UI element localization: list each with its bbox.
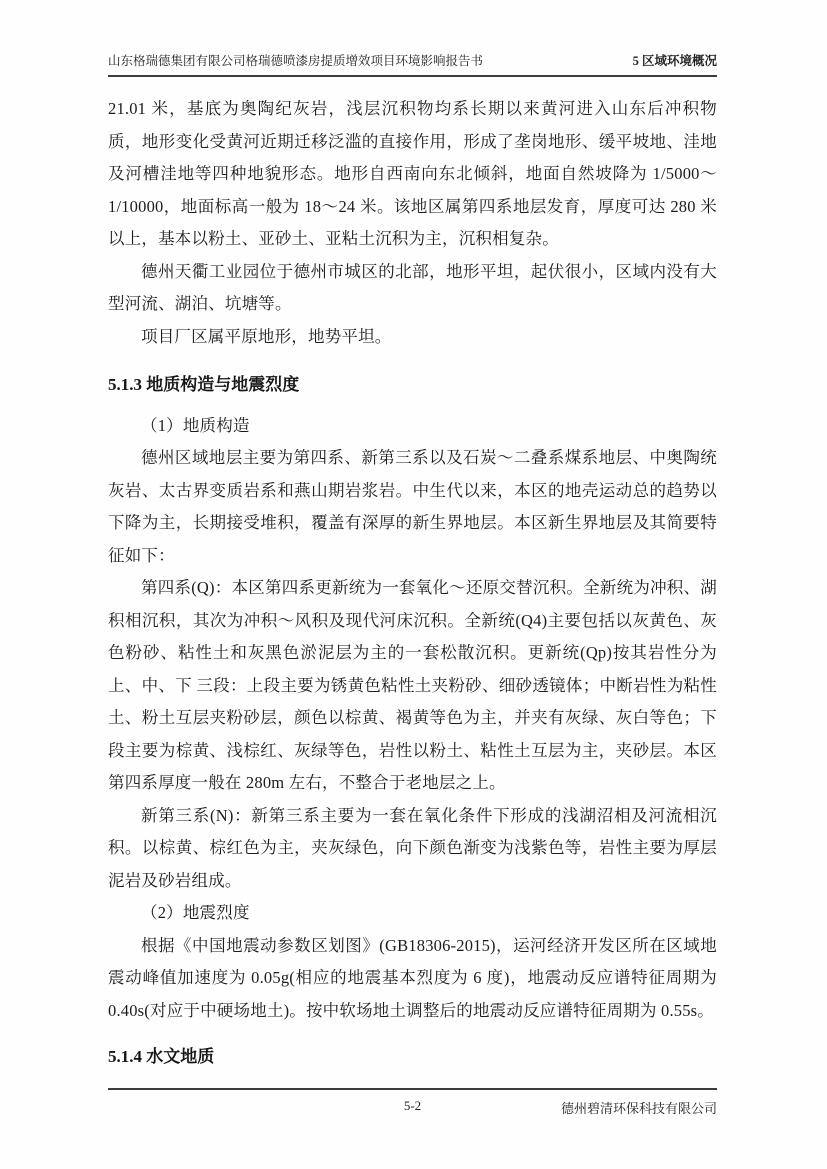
subitem-2-seismic-intensity: （2）地震烈度 xyxy=(108,897,717,930)
paragraph-regional-strata: 德州区域地层主要为第四系、新第三系以及石炭～二叠系煤系地层、中奥陶统灰岩、太古界… xyxy=(108,442,717,572)
page-header: 山东格瑞德集团有限公司格瑞德喷漆房提质增效项目环境影响报告书 5 区域环境概况 xyxy=(108,52,717,77)
page-footer: 5-2 德州碧清环保科技有限公司 xyxy=(108,1088,717,1118)
footer-company-name: 德州碧清环保科技有限公司 xyxy=(561,1098,717,1117)
paragraph-quaternary-system: 第四系(Q)：本区第四系更新统为一套氧化～还原交替沉积。全新统为冲积、湖积相沉积… xyxy=(108,572,717,800)
page-number: 5-2 xyxy=(404,1098,421,1114)
section-heading-5-1-4: 5.1.4 水文地质 xyxy=(108,1041,717,1074)
paragraph-industrial-park: 德州天衢工业园位于德州市城区的北部，地形平坦，起伏很小，区域内没有大型河流、湖泊… xyxy=(108,256,717,321)
paragraph-project-site: 项目厂区属平原地形，地势平坦。 xyxy=(108,321,717,354)
paragraph-neogene-system: 新第三系(N)：新第三系主要为一套在氧化条件下形成的浅湖沼相及河流相沉积。以棕黄… xyxy=(108,800,717,898)
document-page: 山东格瑞德集团有限公司格瑞德喷漆房提质增效项目环境影响报告书 5 区域环境概况 … xyxy=(0,0,827,1169)
header-report-title: 山东格瑞德集团有限公司格瑞德喷漆房提质增效项目环境影响报告书 xyxy=(108,52,483,70)
subitem-1-geological-structure: （1）地质构造 xyxy=(108,410,717,443)
document-body: 21.01 米，基底为奥陶纪灰岩，浅层沉积物均系长期以来黄河进入山东后冲积物质，… xyxy=(108,93,717,1074)
paragraph-geomorphology-continued: 21.01 米，基底为奥陶纪灰岩，浅层沉积物均系长期以来黄河进入山东后冲积物质，… xyxy=(108,93,717,256)
paragraph-seismic-parameters: 根据《中国地震动参数区划图》(GB18306-2015)，运河经济开发区所在区域… xyxy=(108,930,717,1028)
header-chapter-label: 5 区域环境概况 xyxy=(633,52,717,70)
section-heading-5-1-3: 5.1.3 地质构造与地震烈度 xyxy=(108,369,717,402)
